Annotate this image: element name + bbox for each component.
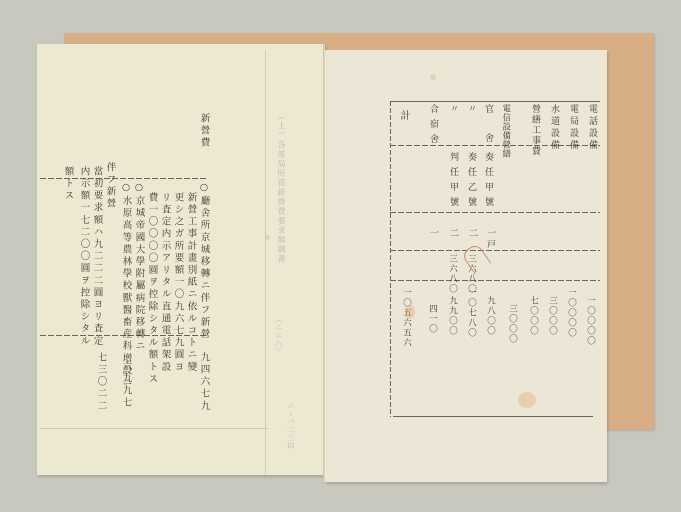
faint-box-1: （ニニ八） [275, 316, 282, 356]
amount-cell: 九九〇〇 [448, 296, 457, 336]
amount-cell: 一〇七八〇 [467, 288, 476, 338]
header-col: 水道設備 [549, 104, 558, 152]
left-paragraph-line: 當初要求額ハ九二二二圓ヨリ査定 [92, 166, 102, 348]
header-col: 營繕工事費 [530, 104, 539, 157]
left-amount-3: 七三〇二二 [96, 352, 106, 413]
grade-cell: 判任甲號 [448, 152, 457, 212]
header-col: 〃 [466, 104, 475, 116]
left-paragraph-line: ○廳舍所京城移轉ニ伴フ新營 [199, 182, 209, 341]
left-paragraph-line: 内示額一七二〇〇圓ヲ控除シタル [79, 166, 89, 348]
header-col-total: 計 [398, 110, 408, 123]
left-paragraph-line: 額トス [63, 166, 73, 202]
stain [430, 74, 436, 80]
header-col: 〃 [448, 104, 457, 116]
amount-cell: 七〇〇〇 [529, 296, 538, 336]
left-faint-margin [265, 50, 266, 475]
stain [518, 392, 536, 408]
left-paragraph-line: ○京城帝國大學附屬病院移轉ニ [134, 182, 144, 353]
left-heading: 新營費 [199, 113, 209, 149]
amount-cell: 九八〇〇 [486, 296, 495, 336]
left-faint-line [40, 428, 268, 429]
amount-cell: 四一〇 [428, 304, 437, 334]
amount-cell: 三〇〇〇 [548, 296, 557, 336]
table-bottom-rule [393, 416, 593, 417]
left-paragraph-line: リ査定内示アリタル直通電話架設 [160, 192, 170, 374]
page-crease [323, 44, 325, 482]
amount-cell: 三〇〇〇 [508, 304, 517, 344]
left-paragraph-line: 費一〇〇〇〇圓ヲ控除シタル額トス [147, 192, 157, 386]
table-grade-rule [390, 212, 600, 213]
left-paragraph-line: ○水原高等農林學校獸醫畜産科增設ニ [121, 182, 131, 389]
amount-cell: 一〇〇〇〇 [586, 296, 595, 346]
left-amount-1: 九四六七九 [199, 352, 209, 413]
count-cell: 二 [448, 228, 457, 240]
stain [405, 305, 415, 319]
count-cell: 一戸 [485, 228, 494, 251]
count-cell: 一 [428, 228, 437, 240]
table-count-rule [390, 250, 600, 251]
header-col: 電話設備 [587, 104, 596, 152]
left-paragraph-line: 新營工事計畫別紙ニ依ルコトニ變 [186, 192, 196, 374]
table-top-rule [390, 101, 600, 102]
table-unit-rule [390, 280, 600, 281]
table-left-rule [390, 101, 391, 417]
unit-cost-cell: 三六八〇 [448, 254, 457, 294]
grade-cell: 奏任乙號 [466, 152, 475, 212]
count-cell: 二 [467, 228, 476, 240]
faint-box-2: ニーバ二三四 [287, 402, 294, 450]
grade-cell: 奏任甲號 [483, 152, 492, 212]
amount-cell: 一〇〇〇〇 [567, 288, 576, 338]
left-paragraph-line: 更シ之ガ所要額一〇九六七九圓ヨ [173, 192, 183, 374]
left-amount-2: 六九九七 [121, 361, 131, 409]
faint-stamp-text: （上）各部局所管新營費要求額調書 [277, 112, 285, 264]
left-paragraph-line: 伴フ新營 [105, 162, 115, 210]
stain [265, 235, 270, 240]
header-col: 電局設備 [568, 104, 577, 152]
header-col: 電信設備營繕 [500, 104, 510, 158]
header-col: 合宿舍 [428, 104, 437, 149]
